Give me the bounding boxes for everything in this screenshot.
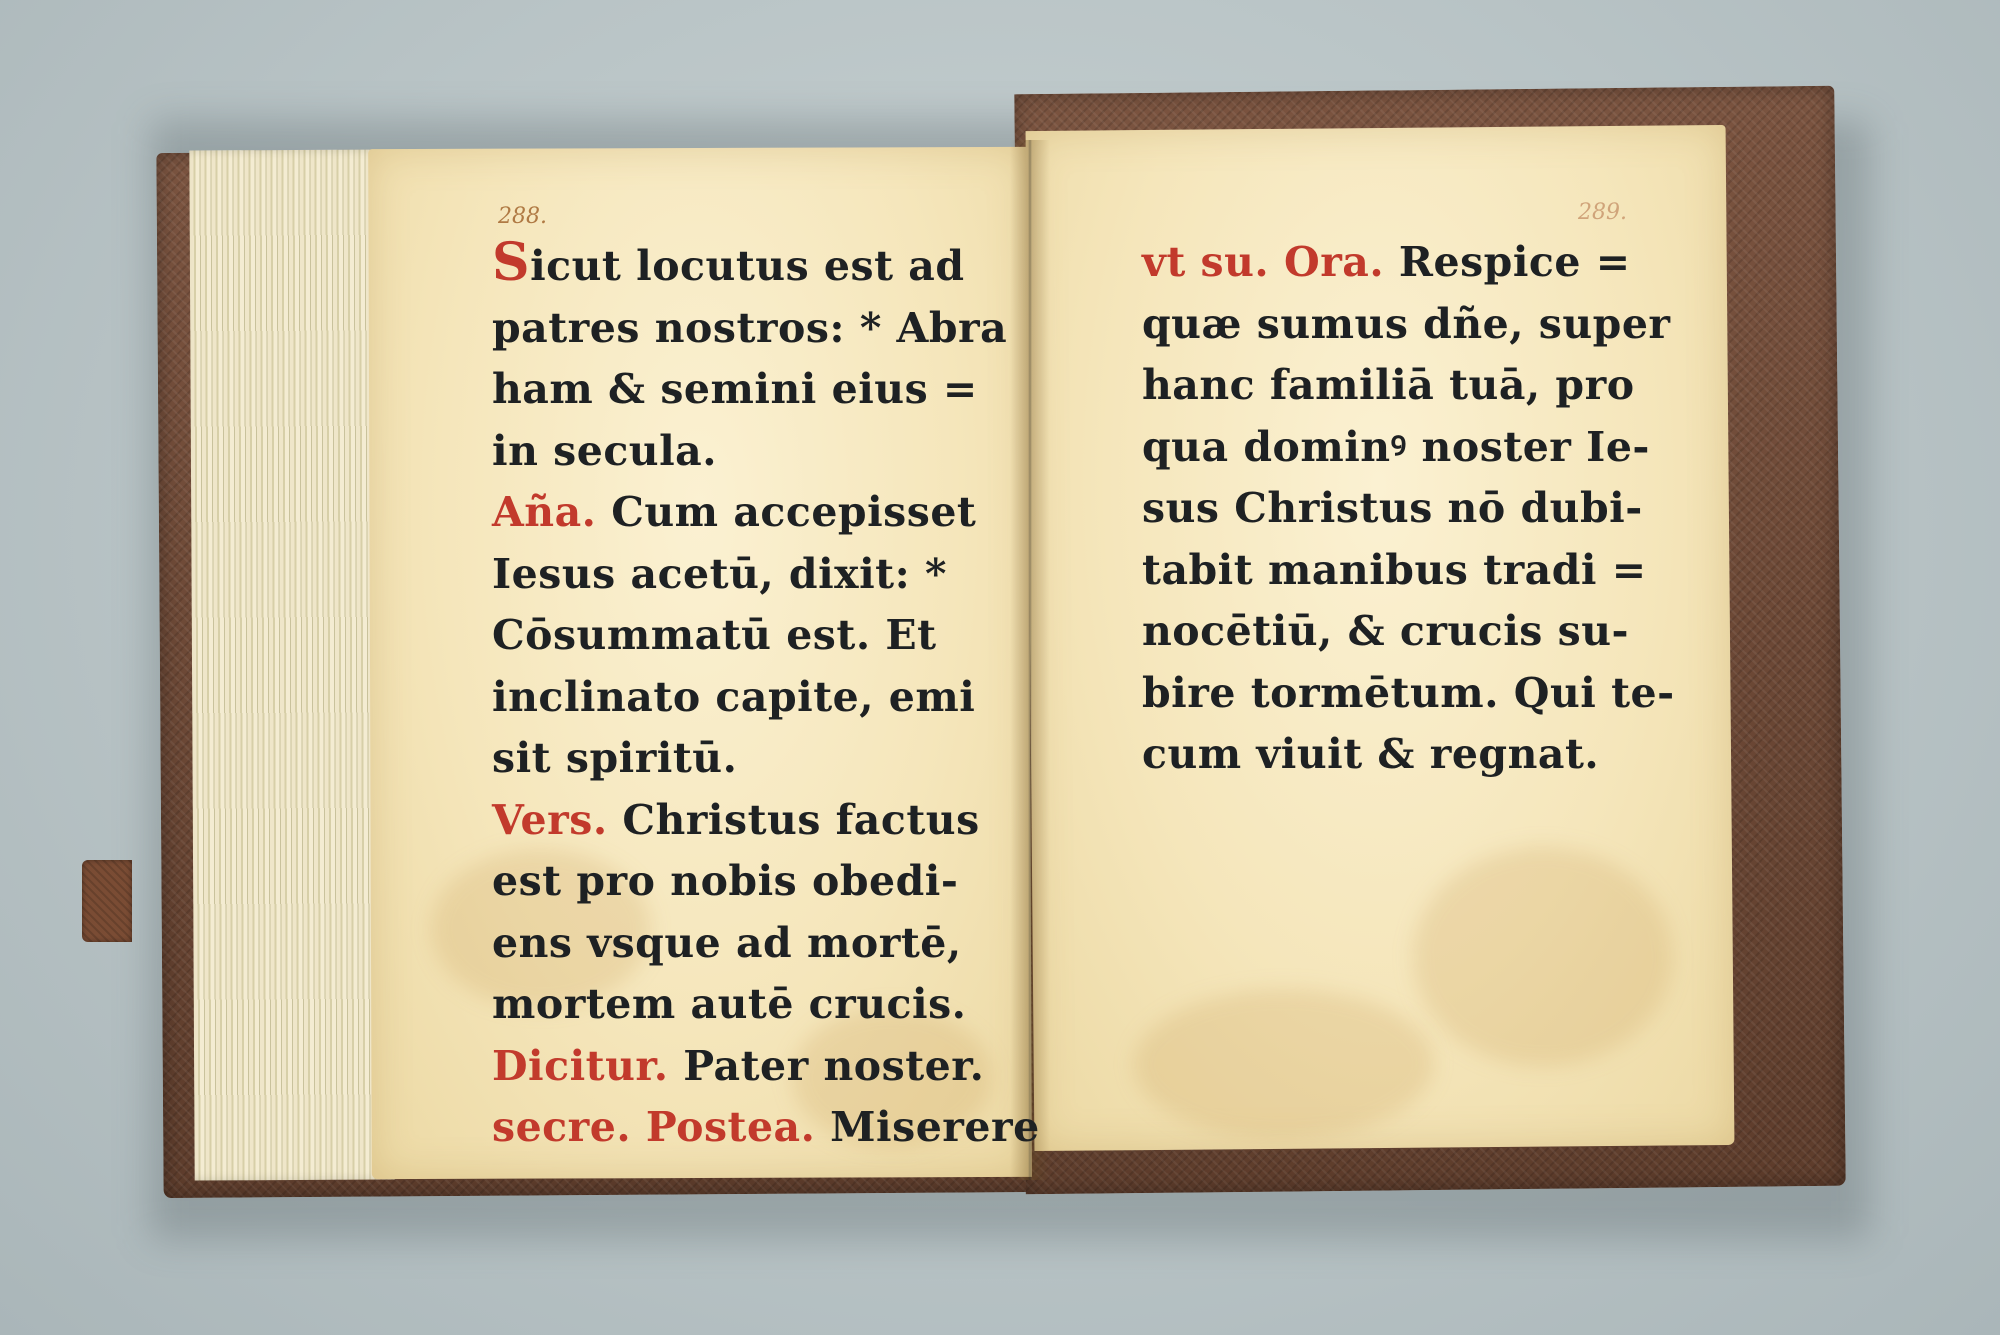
text-line: hanc familiā tuā, pro <box>1142 355 1675 417</box>
text-line: Cōsummatū est. Et <box>492 605 1040 667</box>
page-block-edges <box>189 149 394 1180</box>
text-line: sit spiritū. <box>492 728 1040 790</box>
text-line: nocētiū, & crucis su- <box>1142 601 1675 663</box>
text-line: Vers. Christus factus <box>492 790 1040 852</box>
red-initial: S <box>492 232 530 293</box>
text-line: ham & semini eius = <box>492 359 1040 421</box>
text-line: Aña. Cum accepisset <box>492 482 1040 544</box>
text-line: mortem autē crucis. <box>492 974 1040 1036</box>
rubric: secre. Postea. <box>492 1103 815 1151</box>
text-line: Iesus acetū, dixit: * <box>492 544 1040 606</box>
text-line: qua dominꝰ noster Ie- <box>1142 417 1675 479</box>
text-line: sus Christus nō dubi- <box>1142 478 1675 540</box>
text-line: Sicut locutus est ad <box>492 232 1040 298</box>
rubric: Dicitur. <box>492 1042 669 1090</box>
text-line: patres nostros: * Abra <box>492 298 1040 360</box>
folio-number-left: 288. <box>498 204 547 229</box>
text-line: ens vsque ad mortē, <box>492 913 1040 975</box>
leather-clasp-tab <box>82 860 132 942</box>
rubric: vt su. Ora. <box>1142 238 1384 286</box>
rubric: Aña. <box>492 488 596 536</box>
text-line: est pro nobis obedi- <box>492 851 1040 913</box>
folio-number-right: 289. <box>1578 200 1627 225</box>
text-line: vt su. Ora. Respice = <box>1142 232 1675 294</box>
text-line: tabit manibus tradi = <box>1142 540 1675 602</box>
text-line: cum viuit & regnat. <box>1142 724 1675 786</box>
text-line: Dicitur. Pater noster. <box>492 1036 1040 1098</box>
text-line: in secula. <box>492 421 1040 483</box>
text-line: secre. Postea. Miserere <box>492 1097 1040 1159</box>
text-line: bire tormētum. Qui te- <box>1142 663 1675 725</box>
text-line: inclinato capite, emi <box>492 667 1040 729</box>
text-line: quæ sumus dñe, super <box>1142 294 1675 356</box>
left-page-text: Sicut locutus est ad patres nostros: * A… <box>492 232 1040 1159</box>
right-page-text: vt su. Ora. Respice = quæ sumus dñe, sup… <box>1142 232 1675 786</box>
rubric: Vers. <box>492 796 608 844</box>
